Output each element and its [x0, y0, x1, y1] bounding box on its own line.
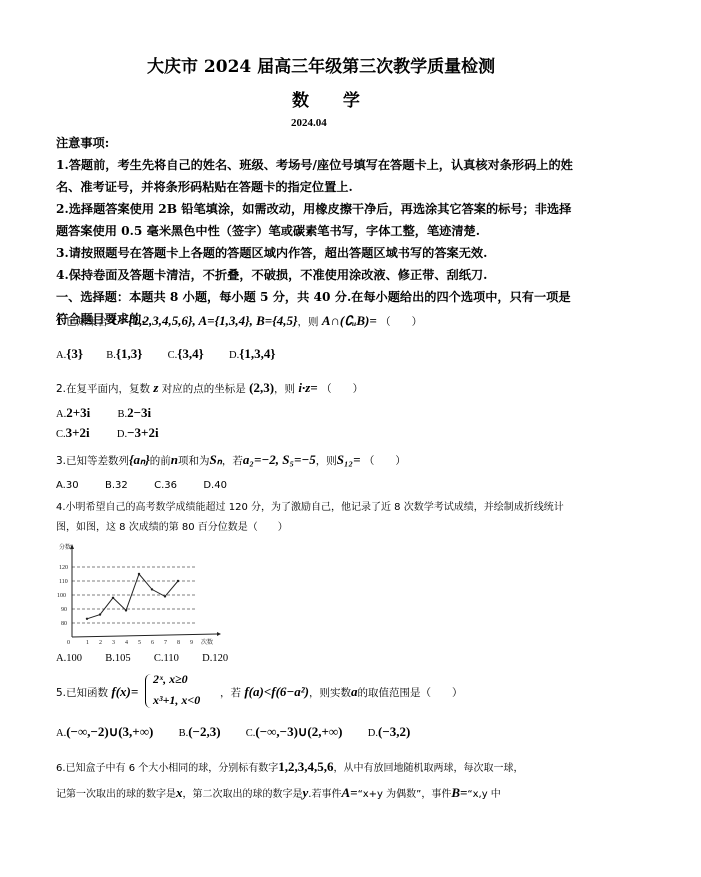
option-d: D.−3+2i	[117, 429, 159, 440]
score-line-chart: 分数 120 110 100 90 80 0 1 2 3 4 5 6 7 8 9…	[57, 543, 227, 648]
q2-text-mid: 对应的点的坐标是	[162, 383, 246, 395]
q6-event-b: B=	[451, 785, 467, 800]
subject-title: 数 学	[292, 86, 374, 111]
q3-sn: Sₙ	[210, 452, 222, 467]
question-6-line-2: 记第一次取出的球的数字是x，第二次取出的球的数字是y.若事件A=“x+y 为偶数…	[56, 785, 501, 801]
q2-text: 2.在复平面内，复数	[56, 383, 150, 395]
q6-event-a: A=	[341, 785, 357, 800]
x-axis	[72, 634, 217, 637]
question-5-options: A.(−∞,−2)∪(3,+∞) B.(−2,3) C.(−∞,−3)∪(2,+…	[56, 724, 410, 740]
answer-blank: （ ）	[364, 455, 406, 467]
piecewise-case-2: x³+1, x<0	[153, 693, 200, 708]
question-6-line-1: 6.已知盒子中有 6 个大小相同的球，分别标有数字1,2,3,4,5,6，从中有…	[56, 759, 524, 775]
piecewise-case-1: 2ˣ, x≥0	[153, 672, 188, 687]
svg-text:100: 100	[57, 593, 66, 599]
exam-title: 大庆市 2024 届高三年级第三次教学质量检测	[147, 52, 495, 77]
q3-conditions: a₂=−2, S₅=−5	[243, 452, 316, 467]
question-2-options-row2: C.3+2i D.−3+2i	[56, 425, 159, 441]
notice-item-1: 1.答题前，考生先将自己的姓名、班级、考场号/座位号填写在答题卡上，认真核对条形…	[56, 154, 576, 198]
option-b: B.{1,3}	[106, 350, 142, 361]
q3-seq: {aₙ}	[129, 452, 150, 467]
question-3-options: A.30 B.32 C.36 D.40	[56, 480, 227, 491]
chart-labels: 分数 120 110 100 90 80 0 1 2 3 4 5 6 7 8 9…	[57, 543, 213, 646]
q6-text: 6.已知盒子中有 6 个大小相同的球，分别标有数字	[56, 763, 278, 774]
svg-text:4: 4	[125, 640, 128, 646]
q2-coord: (2,3)	[249, 380, 274, 395]
option-c: C.36	[154, 480, 177, 491]
option-d: D.{1,3,4}	[229, 350, 275, 361]
svg-text:8: 8	[177, 640, 180, 646]
notice-item-4: 4.保持卷面及答题卡清洁，不折叠，不破损，不准使用涂改液、修正带、刮纸刀.	[56, 264, 576, 286]
q6-text-suffix: ，从中有放回地随机取两球，每次取一球，	[334, 763, 524, 774]
q5-text: 5.已知函数	[56, 687, 108, 699]
q1-text: 1.已知集合	[56, 316, 108, 328]
option-c: C.3+2i	[56, 429, 90, 440]
svg-text:90: 90	[61, 607, 67, 613]
question-2-stem: 2.在复平面内，复数 z 对应的点的坐标是 (2,3)，则 i·z= （ ）	[56, 380, 363, 396]
option-d: D.(−3,2)	[368, 728, 411, 739]
q3-target: S₁₂=	[337, 452, 361, 467]
notice-section: 注意事项: 1.答题前，考生先将自己的姓名、班级、考场号/座位号填写在答题卡上，…	[56, 132, 576, 330]
option-a: A.30	[56, 480, 79, 491]
q1-text-mid: ，则	[298, 316, 319, 328]
q3-text-mid3: ，若	[222, 455, 243, 467]
svg-text:2: 2	[99, 640, 102, 646]
svg-text:1: 1	[86, 640, 89, 646]
option-a: A.{3}	[56, 350, 83, 361]
option-d: D.40	[203, 480, 227, 491]
option-d: D.120	[202, 653, 228, 664]
q5-text-mid3: 的取值范围是（ ）	[358, 687, 463, 699]
question-1-options: A.{3} B.{1,3} C.{3,4} D.{1,3,4}	[56, 346, 275, 362]
question-4-options: A.100 B.105 C.110 D.120	[56, 653, 228, 664]
piecewise-brace	[145, 674, 152, 708]
q3-text-mid4: ，则	[316, 455, 337, 467]
svg-text:分数: 分数	[59, 543, 71, 551]
option-a: A.(−∞,−2)∪(3,+∞)	[56, 728, 153, 739]
answer-blank: （ ）	[321, 383, 363, 395]
option-b: B.32	[105, 480, 128, 491]
q5-text-mid: ，若	[220, 687, 241, 699]
question-1-stem: 1.已知集合 U={1,2,3,4,5,6}, A={1,3,4}, B={4,…	[56, 313, 422, 329]
svg-text:110: 110	[59, 579, 68, 585]
q1-math-sets: U={1,2,3,4,5,6}, A={1,3,4}, B={4,5}	[111, 313, 297, 328]
q6-text-d: “x+y 为偶数”，事件	[358, 789, 452, 800]
option-b: B.2−3i	[118, 409, 152, 420]
option-c: C.110	[154, 653, 179, 664]
q3-text-mid: 的前	[150, 455, 171, 467]
answer-blank: （ ）	[380, 316, 422, 328]
q2-expr: i·z=	[298, 380, 317, 395]
svg-text:120: 120	[59, 565, 68, 571]
q5-text-mid2: ，则实数	[309, 687, 351, 699]
question-2-options-row1: A.2+3i B.2−3i	[56, 405, 151, 421]
svg-text:3: 3	[112, 640, 115, 646]
option-a: A.100	[56, 653, 82, 664]
q3-text-mid2: 项和为	[178, 455, 210, 467]
notice-heading: 注意事项:	[56, 132, 576, 154]
q6-text-a: 记第一次取出的球的数字是	[56, 789, 176, 800]
option-c: C.{3,4}	[168, 350, 204, 361]
q6-text-c: .若事件	[308, 789, 341, 800]
notice-item-3: 3.请按照题号在答题卡上各题的答题区域内作答，超出答题区域书写的答案无效.	[56, 242, 576, 264]
notice-item-2: 2.选择题答案使用 2B 铅笔填涂，如需改动，用橡皮擦干净后，再选涂其它答案的标…	[56, 198, 576, 242]
q5-inequality: f(a)<f(6−a²)	[244, 684, 309, 699]
q2-text-mid2: ，则	[274, 383, 295, 395]
svg-text:9: 9	[190, 640, 193, 646]
question-3-stem: 3.已知等差数列{aₙ}的前n项和为Sₙ，若a₂=−2, S₅=−5，则S₁₂=…	[56, 452, 406, 468]
svg-text:0: 0	[67, 640, 70, 646]
option-b: B.105	[105, 653, 130, 664]
q1-math-expr: A∩(∁ᵤB)=	[322, 313, 377, 328]
exam-date: 2024.04	[291, 117, 327, 129]
svg-text:7: 7	[164, 640, 167, 646]
chart-gridlines	[72, 567, 197, 623]
question-5-stem: 5.已知函数 f(x)=	[56, 684, 138, 700]
svg-text:80: 80	[61, 621, 67, 627]
svg-text:次数: 次数	[201, 638, 213, 646]
q3-text: 3.已知等差数列	[56, 455, 129, 467]
option-c: C.(−∞,−3)∪(2,+∞)	[246, 728, 343, 739]
q3-var-n: n	[171, 452, 178, 467]
svg-text:6: 6	[151, 640, 154, 646]
q6-text-b: ，第二次取出的球的数字是	[183, 789, 303, 800]
question-5-stem-cont: ，若 f(a)<f(6−a²)，则实数a的取值范围是（ ）	[220, 684, 463, 700]
option-a: A.2+3i	[56, 409, 90, 420]
q5-func: f(x)=	[111, 684, 138, 699]
question-4-stem: 4.小明希望自己的高考数学成绩能超过 120 分，为了激励自己，他记录了近 8 …	[56, 498, 571, 538]
option-b: B.(−2,3)	[179, 728, 221, 739]
q6-numbers: 1,2,3,4,5,6	[278, 759, 333, 774]
q6-text-e: “x,y 中	[467, 789, 500, 800]
q2-var-z: z	[153, 380, 158, 395]
svg-text:5: 5	[138, 640, 141, 646]
